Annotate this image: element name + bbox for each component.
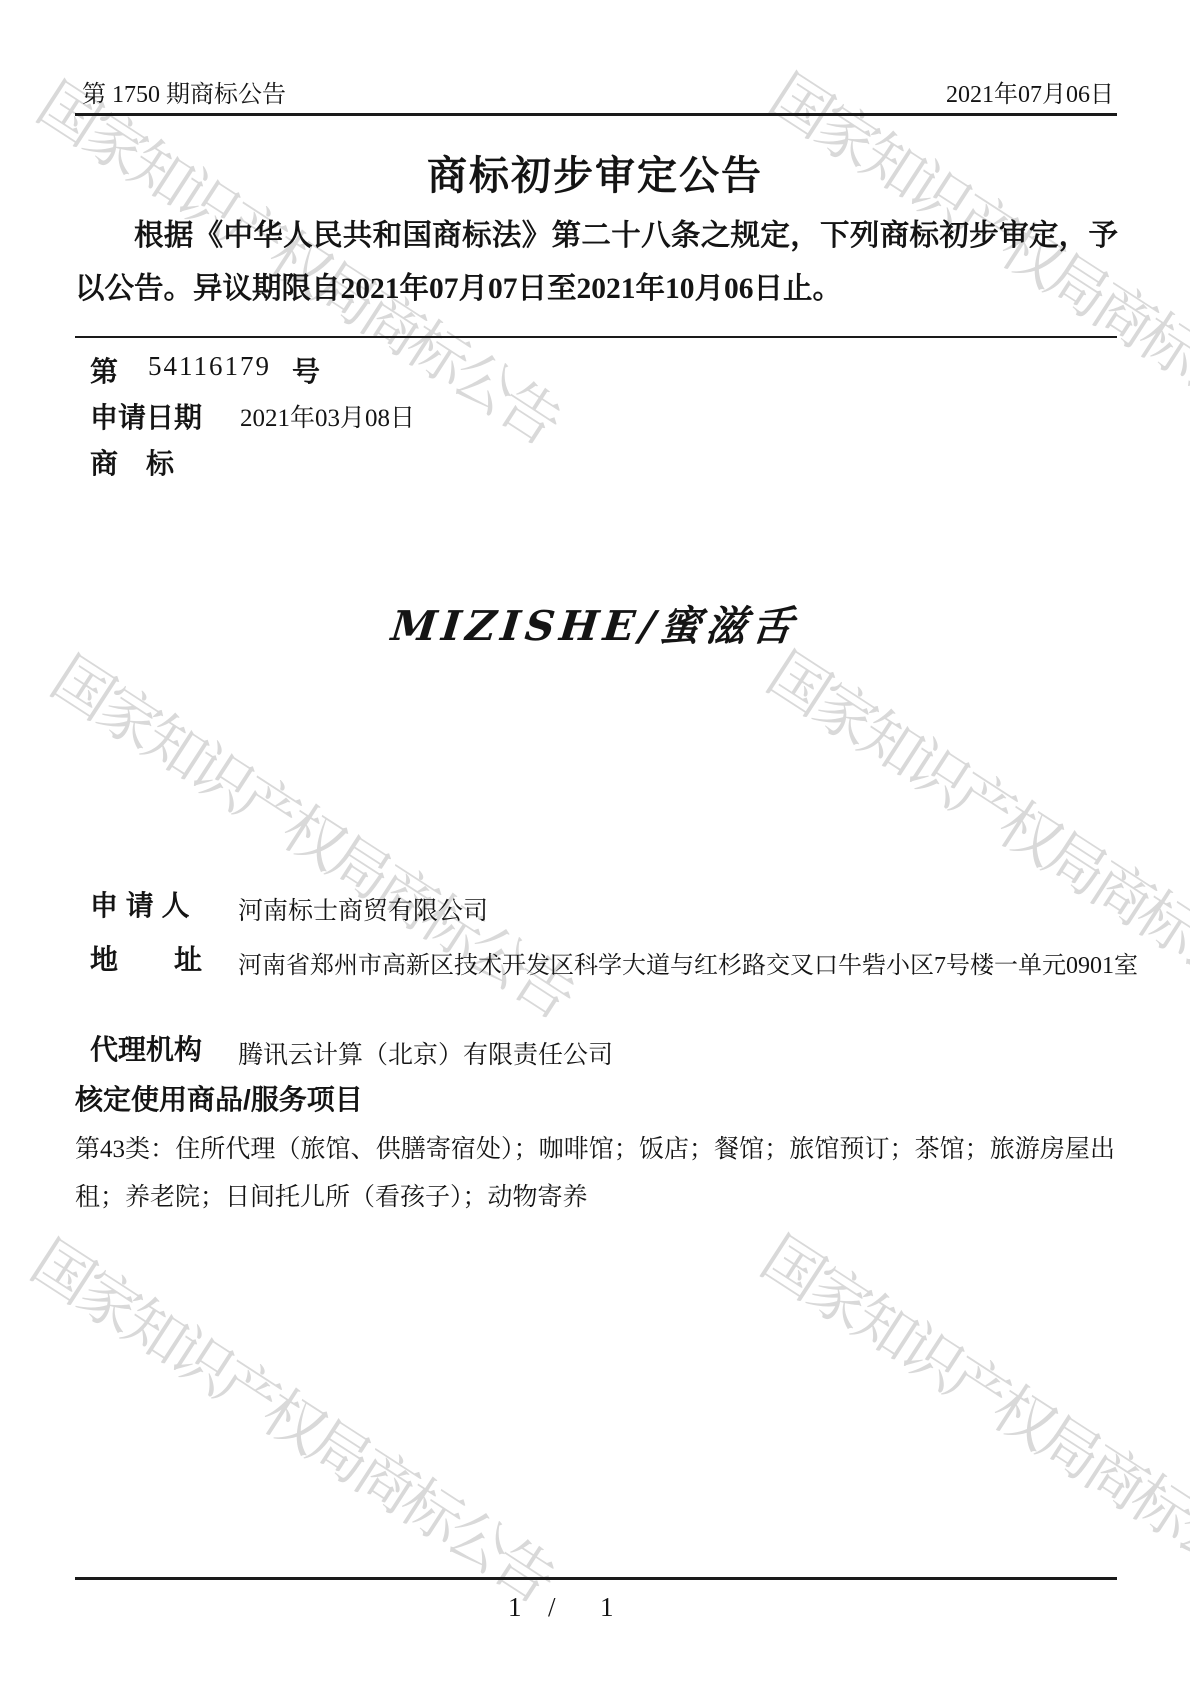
gazette-page: 国家知识产权局商标公告 国家知识产权局商标公告 国家知识产权局商标公告 国家知识… xyxy=(0,0,1190,1684)
address-row: 地 址 河南省郑州市高新区技术开发区科学大道与红杉路交叉口牛砦小区7号楼一单元0… xyxy=(90,938,202,978)
goods-services-heading: 核定使用商品/服务项目 xyxy=(75,1078,363,1118)
address-value: 河南省郑州市高新区技术开发区科学大道与红杉路交叉口牛砦小区7号楼一单元0901室 xyxy=(238,940,1143,992)
application-date-value: 2021年03月08日 xyxy=(240,398,415,434)
trademark-label-row: 商 标 xyxy=(90,442,174,482)
application-date-row: 申请日期 2021年03月08日 xyxy=(90,396,202,436)
applicant-row: 申 请 人 河南标士商贸有限公司 xyxy=(90,884,190,924)
page-content: 第 1750 期商标公告 2021年07月06日 商标初步审定公告 根据《中华人… xyxy=(0,0,1190,1684)
page-number-separator: / xyxy=(548,1592,556,1623)
announcement-intro: 根据《中华人民共和国商标法》第二十八条之规定，下列商标初步审定，予以公告。异议期… xyxy=(75,210,1118,316)
agent-label: 代理机构 xyxy=(90,1034,202,1065)
application-date-label: 申请日期 xyxy=(90,402,202,433)
applicant-label: 申 请 人 xyxy=(90,890,190,921)
trademark-image-text: MIZISHE/蜜滋舌 xyxy=(0,593,1190,652)
goods-services-list: 第43类：住所代理（旅馆、供膳寄宿处）；咖啡馆；饭店；餐馆；旅馆预订；茶馆；旅游… xyxy=(75,1126,1115,1222)
registration-number-prefix: 第 xyxy=(90,356,118,387)
registration-number-row: 第 54116179 号 xyxy=(90,350,118,390)
gazette-issue-number: 第 1750 期商标公告 xyxy=(82,74,286,109)
address-label: 地 址 xyxy=(90,944,202,975)
registration-number: 54116179 xyxy=(148,351,271,382)
section-divider xyxy=(75,336,1117,338)
agent-name: 腾讯云计算（北京）有限责任公司 xyxy=(238,1030,1143,1082)
gazette-date: 2021年07月06日 xyxy=(946,74,1114,109)
trademark-label: 商 标 xyxy=(90,448,174,479)
current-page-number: 1 xyxy=(508,1592,522,1623)
total-page-number: 1 xyxy=(600,1592,614,1623)
registration-number-suffix: 号 xyxy=(292,350,320,390)
header-divider xyxy=(75,113,1117,116)
applicant-name: 河南标士商贸有限公司 xyxy=(238,886,1143,938)
footer-divider xyxy=(75,1577,1117,1580)
page-title: 商标初步审定公告 xyxy=(0,144,1190,201)
agent-row: 代理机构 腾讯云计算（北京）有限责任公司 xyxy=(90,1028,202,1068)
